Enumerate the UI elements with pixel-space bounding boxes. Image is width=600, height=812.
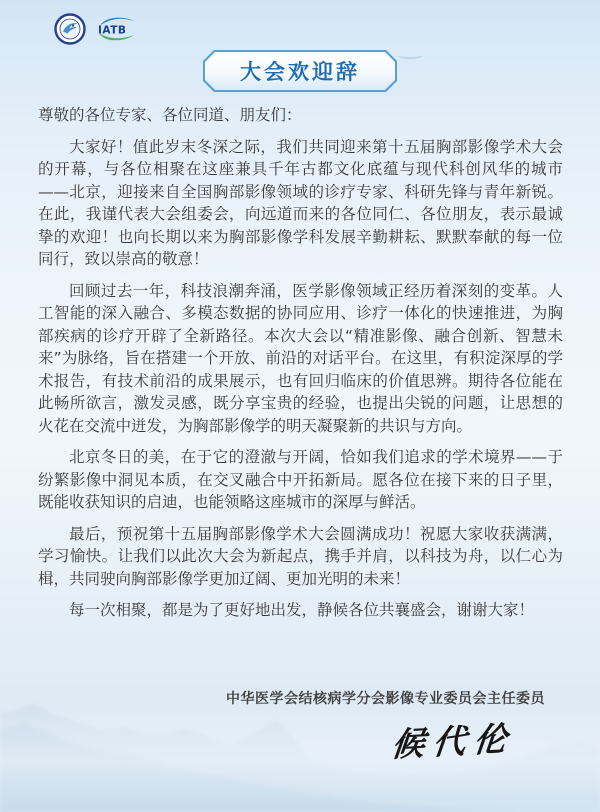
cloud-decoration-icon [397, 51, 423, 59]
letter-body: 尊敬的各位专家、各位同道、朋友们： 大家好！值此岁末冬深之际，我们共同迎来第十五… [38, 104, 563, 631]
iatb-logo-text: IATB [98, 25, 126, 37]
signer-title: 中华医学会结核病学分会影像专业委员会主任委员 [226, 688, 545, 708]
welcome-letter-page: { "page": { "title": "大会欢迎辞" }, "header"… [0, 0, 600, 812]
title-banner-inner: 大会欢迎辞 [205, 52, 395, 90]
letter-paragraph-3: 北京冬日的美，在于它的澄澈与开阔，恰如我们追求的学术境界——于纷繁影像中洞见本质… [38, 446, 563, 514]
letter-paragraph-2: 回顾过去一年，科技浪潮奔涌，医学影像领域正经历着深刻的变革。人工智能的深入融合、… [38, 280, 563, 438]
header-logos: IATB [54, 13, 139, 45]
iatb-logo: IATB [95, 13, 139, 45]
signature-handwriting: 候代伦 [390, 713, 518, 767]
letter-paragraph-5: 每一次相聚，都是为了更好地出发，静候各位共襄盛会，谢谢大家！ [38, 599, 563, 622]
title-banner-border: 大会欢迎辞 [203, 50, 397, 92]
letter-paragraph-4: 最后，预祝第十五届胸部影像学术大会圆满成功！祝愿大家收获满满，学习愉快。让我们以… [38, 523, 563, 591]
letter-paragraph-1: 大家好！值此岁末冬深之际，我们共同迎来第十五届胸部影像学术大会的开幕，与各位相聚… [38, 136, 563, 271]
page-title: 大会欢迎辞 [240, 56, 360, 86]
medical-society-emblem-icon [54, 13, 86, 45]
title-banner: 大会欢迎辞 [203, 50, 397, 92]
letter-salutation: 尊敬的各位专家、各位同道、朋友们： [38, 104, 563, 127]
signature-block: 中华医学会结核病学分会影像专业委员会主任委员 候代伦 [226, 688, 545, 763]
